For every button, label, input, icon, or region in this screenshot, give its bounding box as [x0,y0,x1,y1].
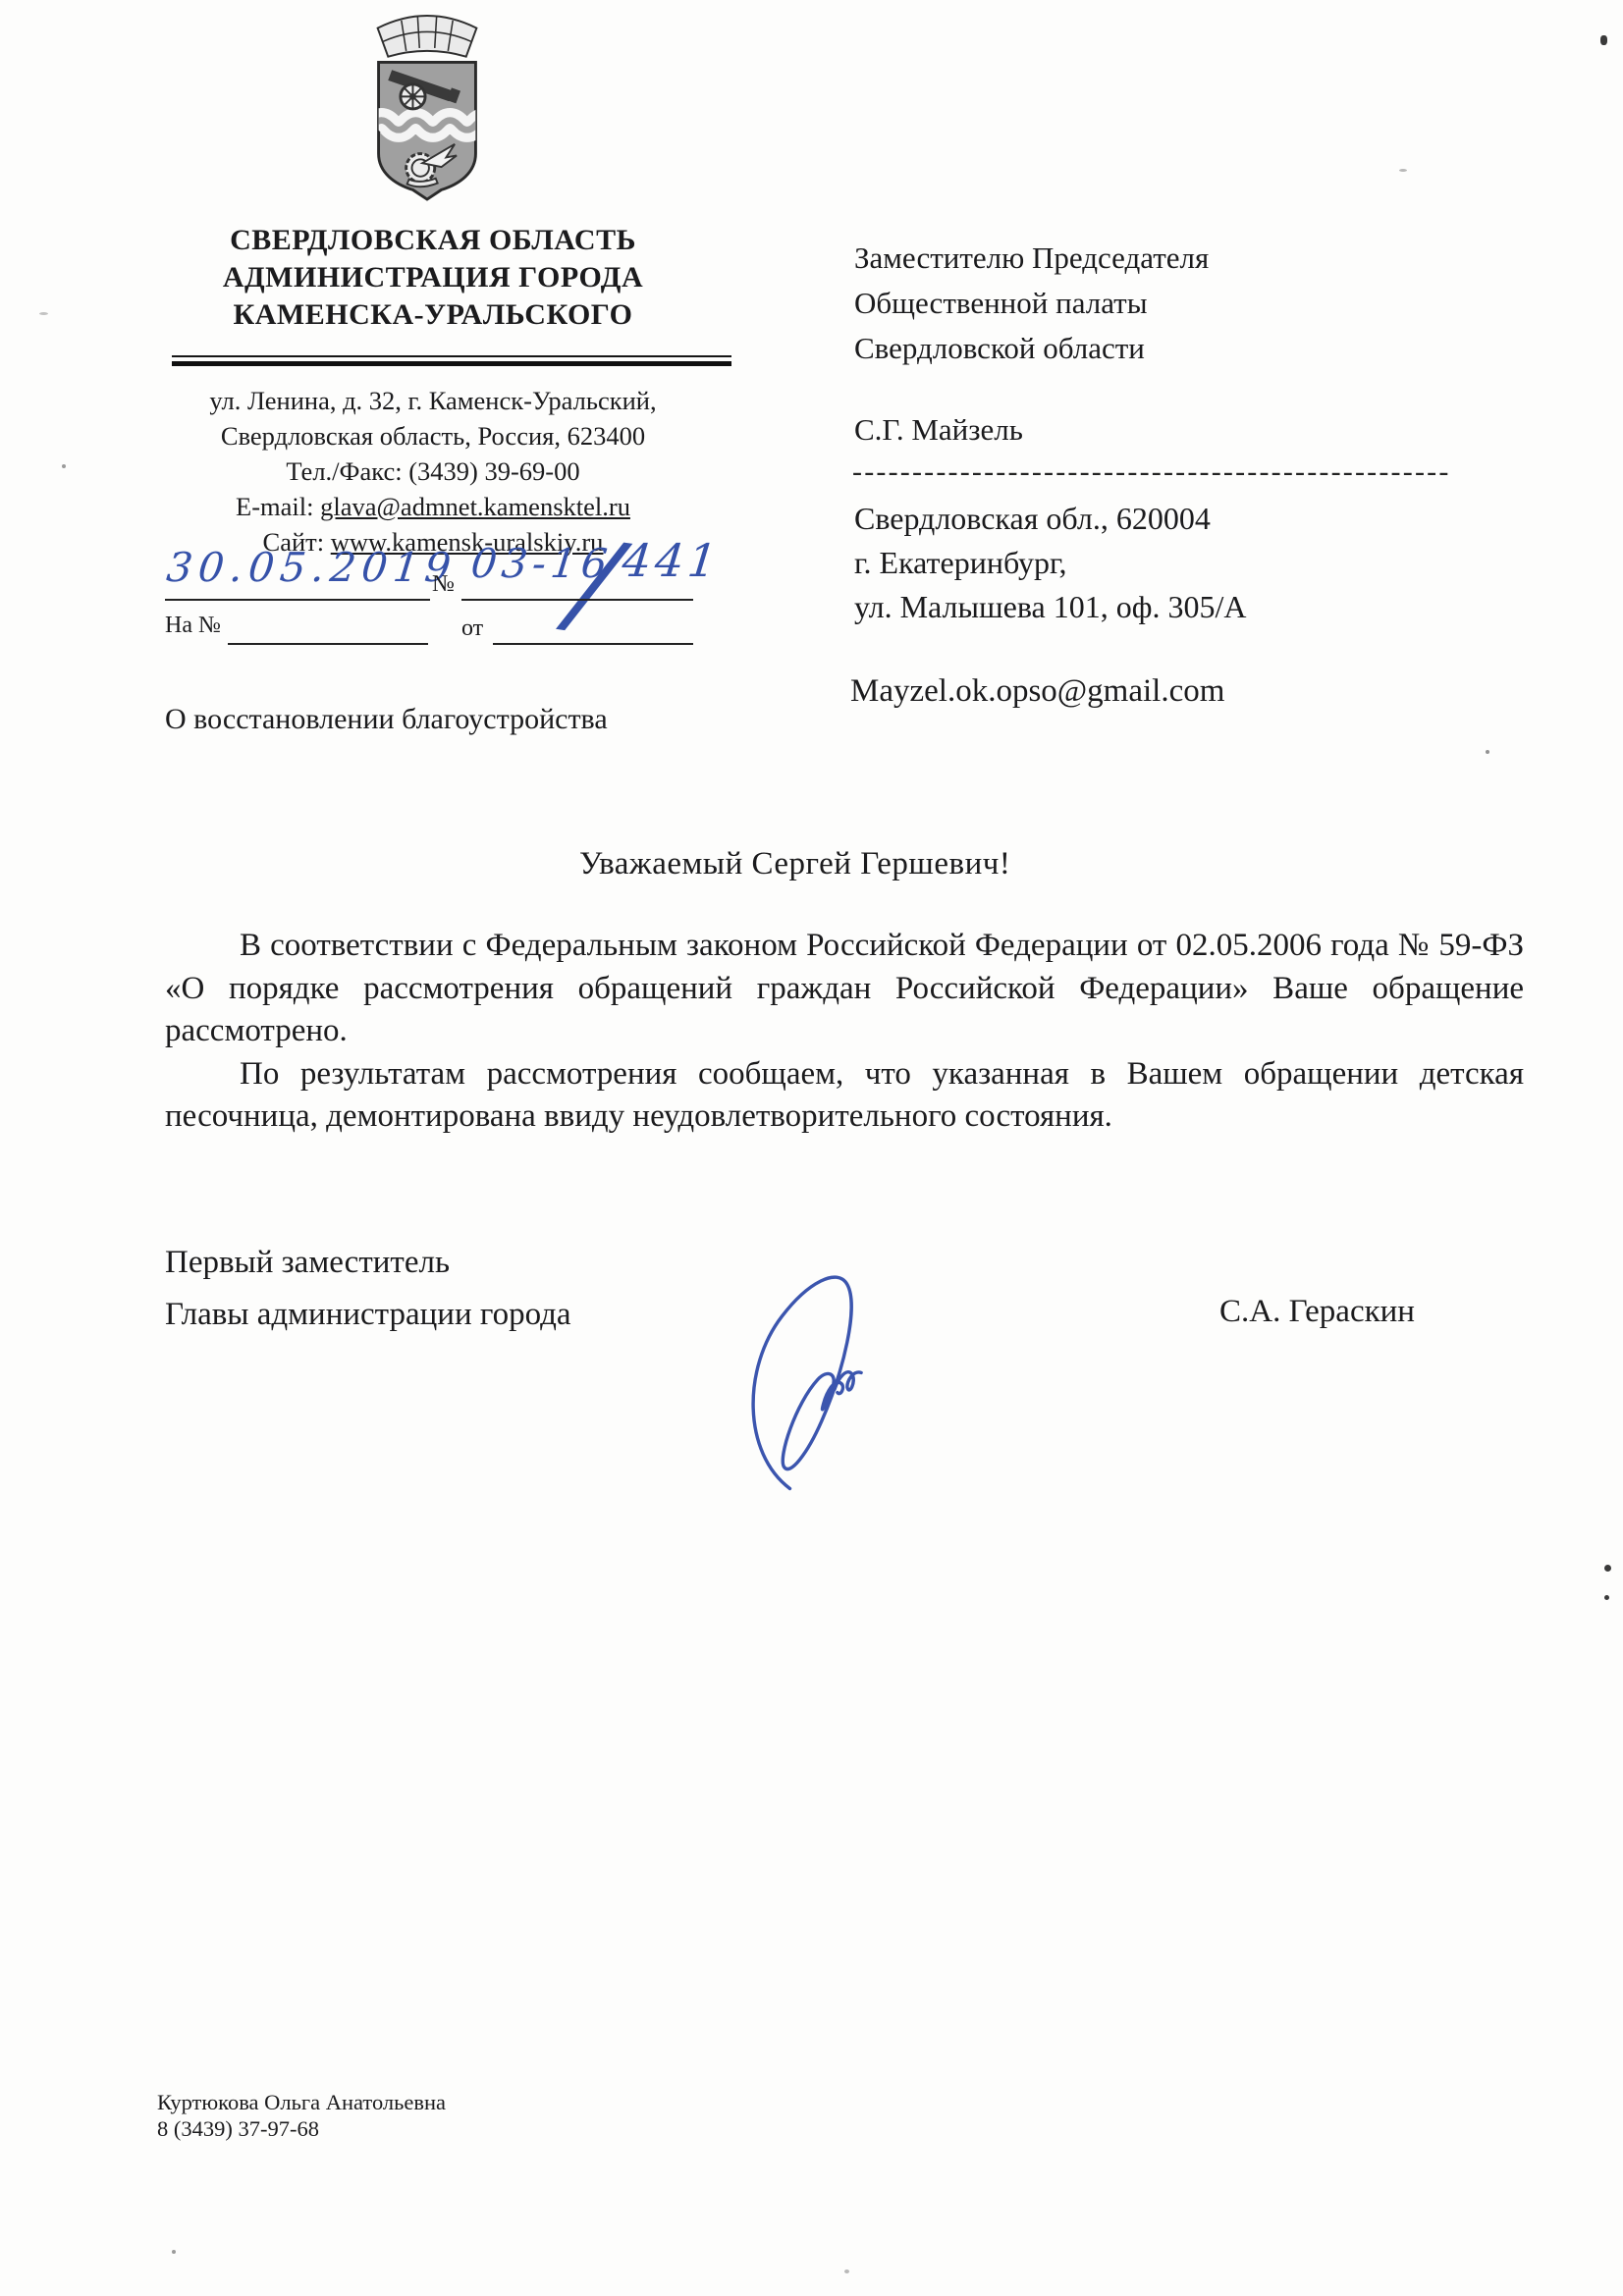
email-label: E-mail: [236,492,320,521]
mural-crown-icon [378,16,477,57]
handwritten-number-part2: 441 [620,534,723,587]
date-blank-line [165,599,430,601]
signer-position-block: Первый заместитель Главы администрации г… [165,1237,571,1341]
number-blank-line [461,599,693,601]
scan-speck [1486,750,1489,754]
recipient-title-line: Свердловской области [854,326,1522,371]
recipient-title-line: Заместителю Председателя [854,236,1522,281]
scan-speck [62,464,66,468]
recipient-address-block: Свердловская обл., 620004 г. Екатеринбур… [854,497,1246,629]
recipient-email: Mayzel.ok.opso@gmail.com [850,673,1224,710]
coat-of-arms-emblem [365,12,489,204]
number-sign-label: № [432,571,455,598]
signer-position-line: Главы администрации города [165,1289,571,1341]
scan-speck [39,312,48,315]
letter-subject: О восстановлении благоустройства [165,703,608,736]
scan-speck [844,2269,849,2273]
org-email-line: E-mail: glava@admnet.kamensktel.ru [133,489,733,524]
from-date-blank-line [493,643,693,645]
handwritten-date: 30.05.2019 [164,544,459,591]
scan-speck [1604,1595,1609,1600]
org-phone-line: Тел./Факс: (3439) 39-69-00 [133,454,733,489]
coat-of-arms-graphic [365,12,489,204]
executor-contact-block: Куртюкова Ольга Анатольевна 8 (3439) 37-… [157,2089,446,2142]
reply-number-blank-line [228,643,428,645]
scan-speck [1604,1565,1611,1572]
handwritten-signature [734,1264,962,1498]
body-paragraph: По результатам рассмотрения сообщаем, чт… [165,1053,1524,1139]
greeting-line: Уважаемый Сергей Гершевич! [579,846,1010,882]
recipient-title-line: Общественной палаты [854,281,1522,326]
recipient-address-line: ул. Малышева 101, оф. 305/А [854,585,1246,629]
recipient-address-line: Свердловская обл., 620004 [854,497,1246,541]
recipient-title-block: Заместителю Председателя Общественной па… [854,236,1522,371]
dashed-separator: ----------------------------------------… [852,455,1500,489]
executor-name: Куртюкова Ольга Анатольевна [157,2089,446,2115]
recipient-address-line: г. Екатеринбург, [854,541,1246,585]
letterhead-org-name: СВЕРДЛОВСКАЯ ОБЛАСТЬ АДМИНИСТРАЦИЯ ГОРОД… [133,222,733,334]
org-line: КАМЕНСКА-УРАЛЬСКОГО [133,296,733,334]
letterhead-contacts: ул. Ленина, д. 32, г. Каменск-Уральский,… [133,383,733,560]
reply-to-number-label: На № [165,613,221,639]
letterhead-divider-rule [172,355,731,366]
letter-body: В соответствии с Федеральным законом Рос… [165,925,1524,1139]
scan-speck [1600,35,1607,45]
org-line: СВЕРДЛОВСКАЯ ОБЛАСТЬ [133,222,733,259]
signature-stroke [734,1264,962,1498]
from-date-label: от [461,615,483,642]
scan-speck [1399,169,1407,172]
executor-phone: 8 (3439) 37-97-68 [157,2115,446,2142]
scan-speck [172,2250,176,2254]
org-address-line: Свердловская область, Россия, 623400 [133,418,733,454]
signer-position-line: Первый заместитель [165,1237,571,1289]
org-line: АДМИНИСТРАЦИЯ ГОРОДА [133,259,733,296]
org-address-line: ул. Ленина, д. 32, г. Каменск-Уральский, [133,383,733,418]
recipient-name: С.Г. Майзель [854,412,1023,448]
org-email-value: glava@admnet.kamensktel.ru [320,492,630,521]
body-paragraph: В соответствии с Федеральным законом Рос… [165,925,1524,1053]
signer-name: С.А. Гераскин [1219,1294,1415,1330]
